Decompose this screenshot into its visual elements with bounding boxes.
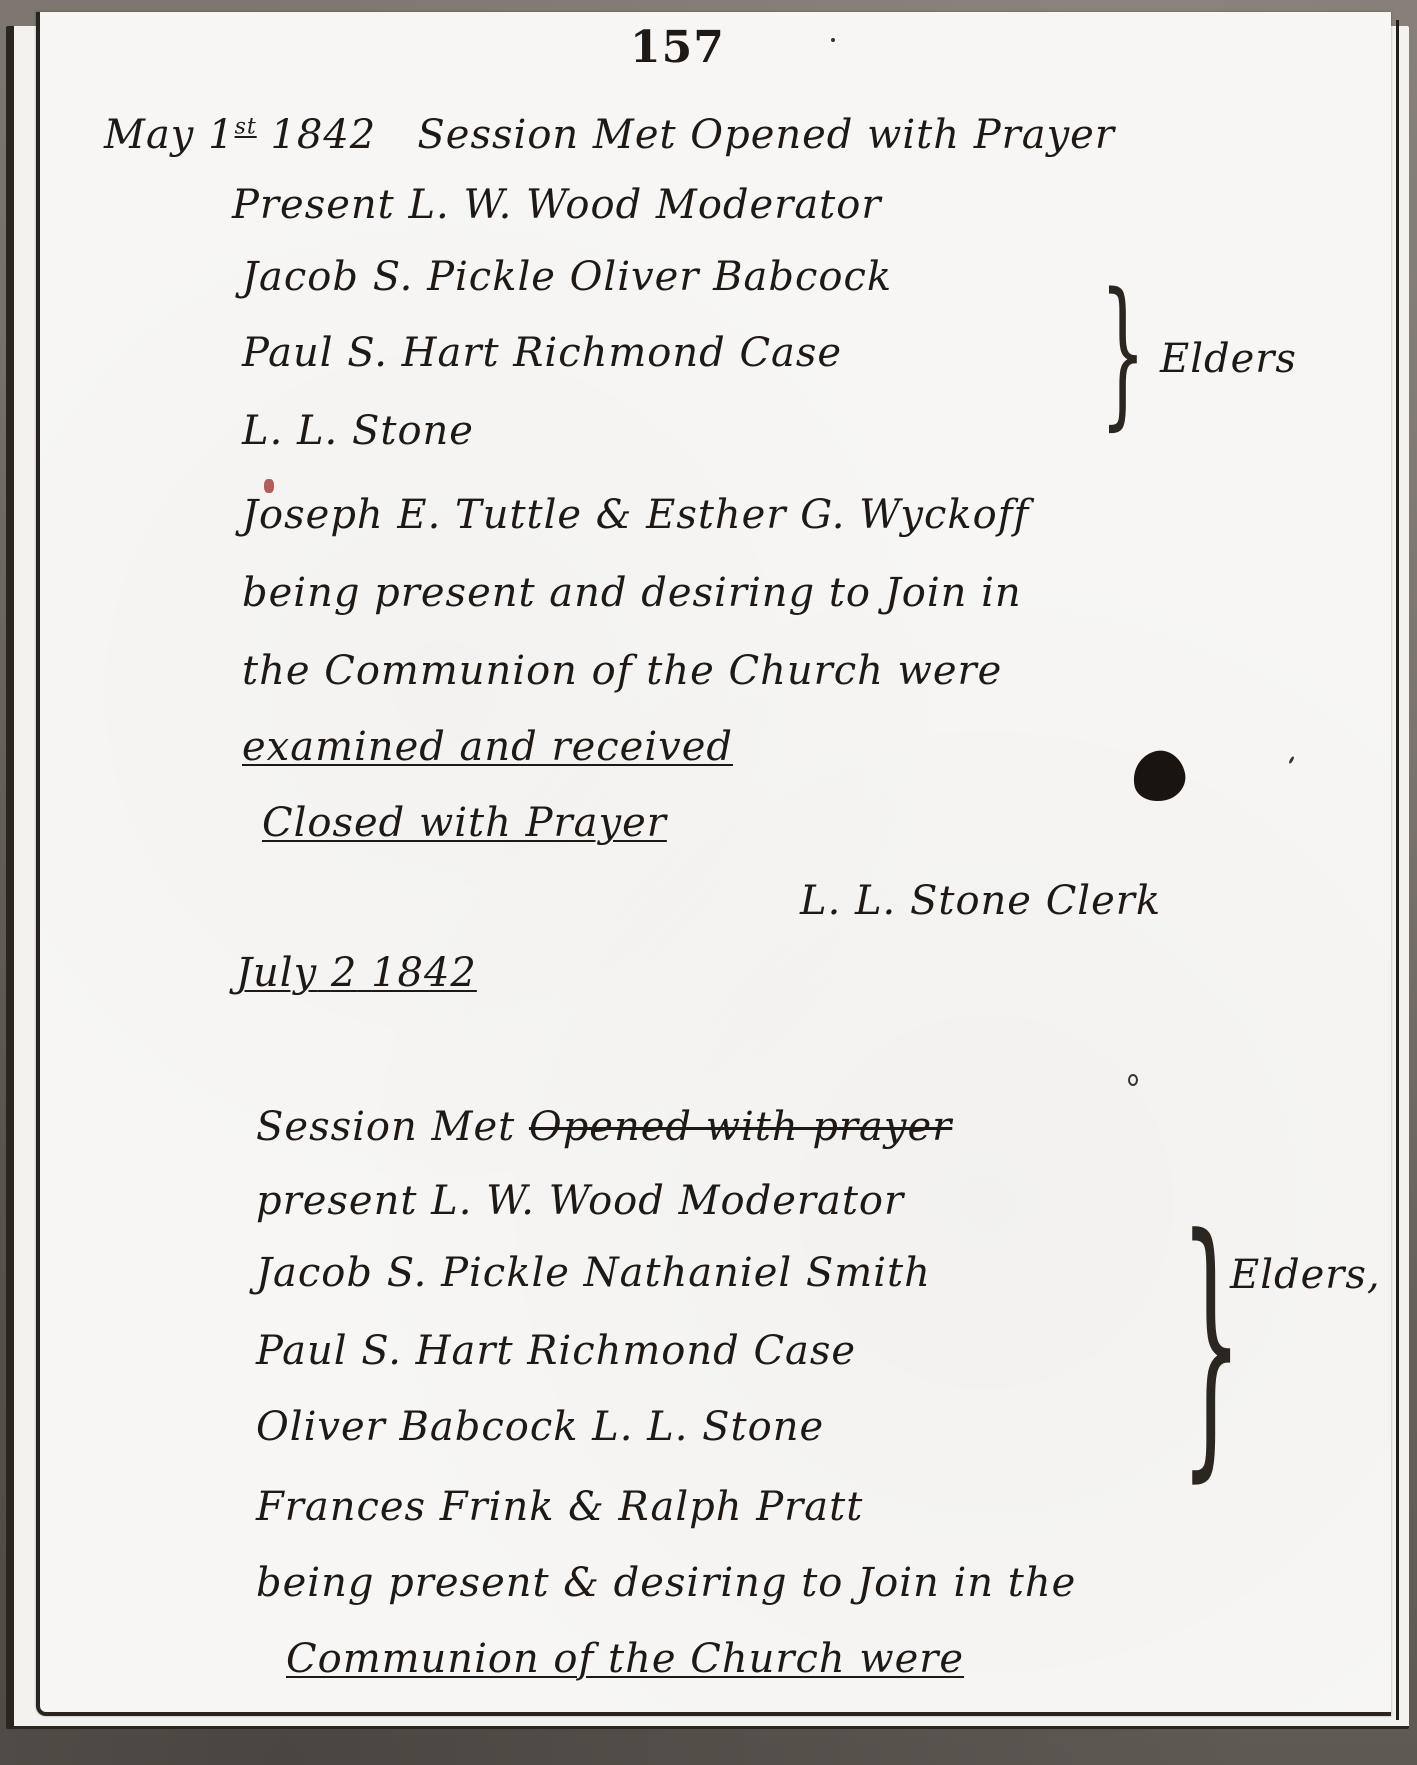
entry-1-closing: Closed with Prayer — [262, 800, 667, 846]
entry-2-present-line: present L. W. Wood Moderator — [256, 1178, 904, 1224]
entry-1-elders-row: Jacob S. Pickle Oliver Babcock — [242, 254, 892, 300]
entry-1-present-line: Present L. W. Wood Moderator — [232, 182, 881, 228]
ink-speck — [1128, 1074, 1138, 1086]
entry-1-elders-row: L. L. Stone — [242, 408, 474, 454]
entry-1-date-suffix: st — [235, 115, 257, 140]
entry-1-elders-label: Elders — [1160, 336, 1297, 382]
entry-1-date-year: 1842 — [270, 112, 376, 158]
elders-brace: } — [1180, 1180, 1242, 1506]
page-number: 157 — [630, 22, 725, 73]
entry-2-date-month: July — [236, 950, 317, 996]
signature-title: Clerk — [1046, 878, 1161, 924]
entry-2-date-year: 1842 — [371, 950, 477, 996]
entry-1-body-line: being present and desiring to Join in — [242, 570, 1022, 616]
page-right-edge — [1396, 20, 1399, 1720]
entry-1-body-line: examined and received — [242, 724, 733, 770]
entry-2-elders-label: Elders, — [1230, 1252, 1381, 1298]
entry-1-body-line: the Communion of the Church were — [242, 648, 1002, 694]
entry-2-body-line: Communion of the Church were — [286, 1636, 964, 1682]
entry-2-elders-row: Paul S. Hart Richmond Case — [256, 1328, 856, 1374]
elders-brace: } — [1100, 258, 1146, 445]
signature-name: L. L. Stone — [800, 878, 1032, 924]
entry-2-opening: Session Met Opened with prayer — [256, 1104, 952, 1150]
entry-2-elders-row: Jacob S. Pickle Nathaniel Smith — [256, 1250, 931, 1296]
entry-2-body-line: Frances Frink & Ralph Pratt — [256, 1484, 863, 1530]
entry-2-elders-row: Oliver Babcock L. L. Stone — [256, 1404, 824, 1450]
ink-speck — [831, 38, 835, 42]
entry-1-date-day: 1 — [208, 112, 234, 158]
entry-2-date-day: 2 — [331, 950, 357, 996]
entry-2-body-line: being present & desiring to Join in the — [256, 1560, 1076, 1606]
entry-1-header: May 1st 1842 Session Met Opened with Pra… — [104, 112, 1115, 158]
red-ink-mark — [264, 479, 274, 493]
entry-1-opening: Session Met Opened with Prayer — [417, 112, 1115, 158]
entry-2-date: July 2 1842 — [236, 950, 477, 996]
entry-1-date-month: May — [104, 112, 194, 158]
entry-2-struck-text: Opened with prayer — [529, 1104, 952, 1150]
entry-1-elders-row: Paul S. Hart Richmond Case — [242, 330, 842, 376]
entry-1-signature: L. L. Stone Clerk — [800, 878, 1161, 924]
entry-2-opening-text: Session Met — [256, 1104, 515, 1150]
entry-1-body-line: Joseph E. Tuttle & Esther G. Wyckoff — [242, 492, 1029, 538]
